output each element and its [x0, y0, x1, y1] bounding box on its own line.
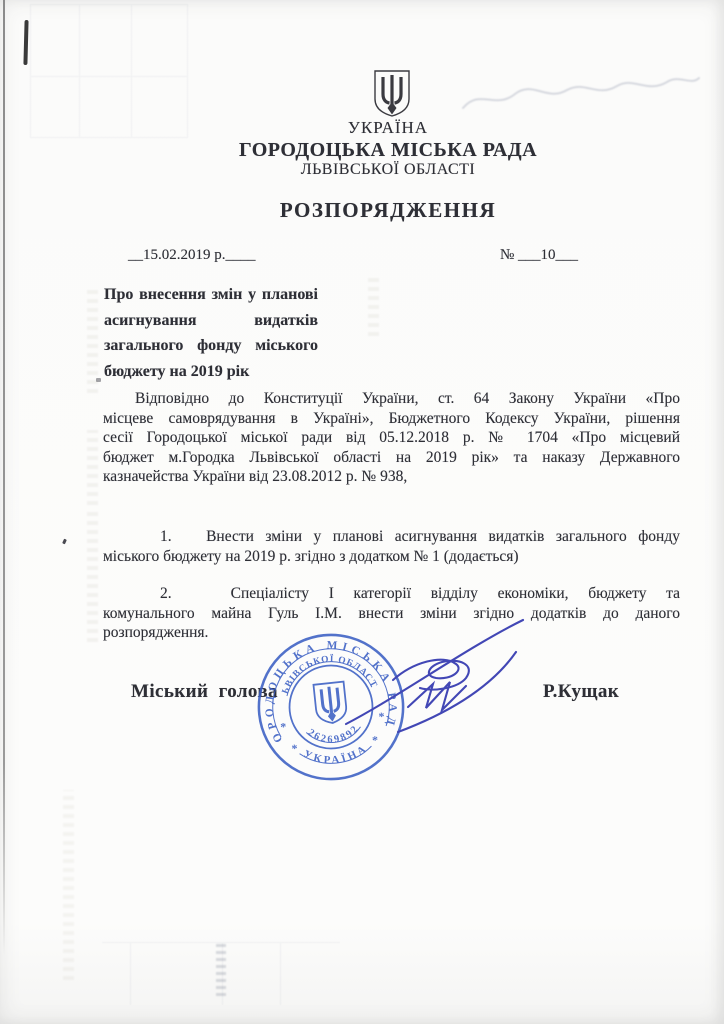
bleed-through-handwriting	[455, 68, 705, 123]
document-type-title: РОЗПОРЯДЖЕННЯ	[103, 198, 673, 223]
preamble-line: місцеве самоврядування в Україні», Бюдже…	[103, 409, 680, 429]
bleed-through-text-strip	[368, 278, 379, 336]
scan-speck	[62, 539, 67, 545]
scan-edge-line	[3, 0, 5, 955]
document-number: № ___10___	[500, 247, 578, 264]
ukraine-trident-emblem	[372, 69, 412, 117]
item-line: міського бюджету на 2019 р. згідно з дод…	[103, 547, 680, 567]
item-line: 1. Внести зміни у планові асигнування ви…	[103, 527, 680, 547]
stamp-star-icon: *	[291, 741, 298, 756]
order-item-1: 1. Внести зміни у планові асигнування ви…	[103, 527, 680, 566]
subject-line: асигнування видатків	[104, 308, 318, 334]
subject-line: Про внесення змін у планові	[104, 282, 318, 308]
item-line: 2. Спеціалісту І категорії відділу еконо…	[103, 584, 680, 604]
bleed-through-text-strip	[87, 512, 98, 642]
scan-speck	[96, 378, 101, 382]
stamp-star-icon: *	[280, 720, 287, 735]
bleed-through-text-strip	[63, 790, 74, 980]
preamble-paragraph: Відповідно до Конституції України, ст. 6…	[103, 389, 680, 487]
signer-name: Р.Кущак	[543, 681, 619, 703]
pen-mark	[23, 20, 28, 65]
council-name: ГОРОДОЦЬКА МІСЬКА РАДА	[103, 139, 673, 162]
scanned-document-page: УКРАЇНА ГОРОДОЦЬКА МІСЬКА РАДА ЛЬВІВСЬКО…	[0, 0, 724, 1024]
country-name: УКРАЇНА	[103, 118, 673, 138]
bleed-through-text-strip	[87, 430, 98, 505]
bleed-through-digits	[216, 944, 226, 996]
preamble-line: сесії Городоцької міської ради від 05.12…	[103, 428, 680, 448]
preamble-line: Відповідно до Конституції України, ст. 6…	[103, 389, 680, 409]
subject-line: загального фонду міського	[104, 333, 318, 359]
preamble-line: казначейства України від 23.08.2012 р. №…	[103, 467, 680, 487]
subject-line: бюджету на 2019 рік	[104, 359, 318, 385]
preamble-line: бюджет м.Городка Львівської області на 2…	[103, 448, 680, 468]
handwritten-signature	[338, 612, 538, 752]
subject-block: Про внесення змін у планові асигнування …	[104, 282, 318, 384]
document-date: __15.02.2019 р.____	[128, 247, 256, 264]
region-name: ЛЬВІВСЬКОЇ ОБЛАСТІ	[103, 161, 673, 179]
